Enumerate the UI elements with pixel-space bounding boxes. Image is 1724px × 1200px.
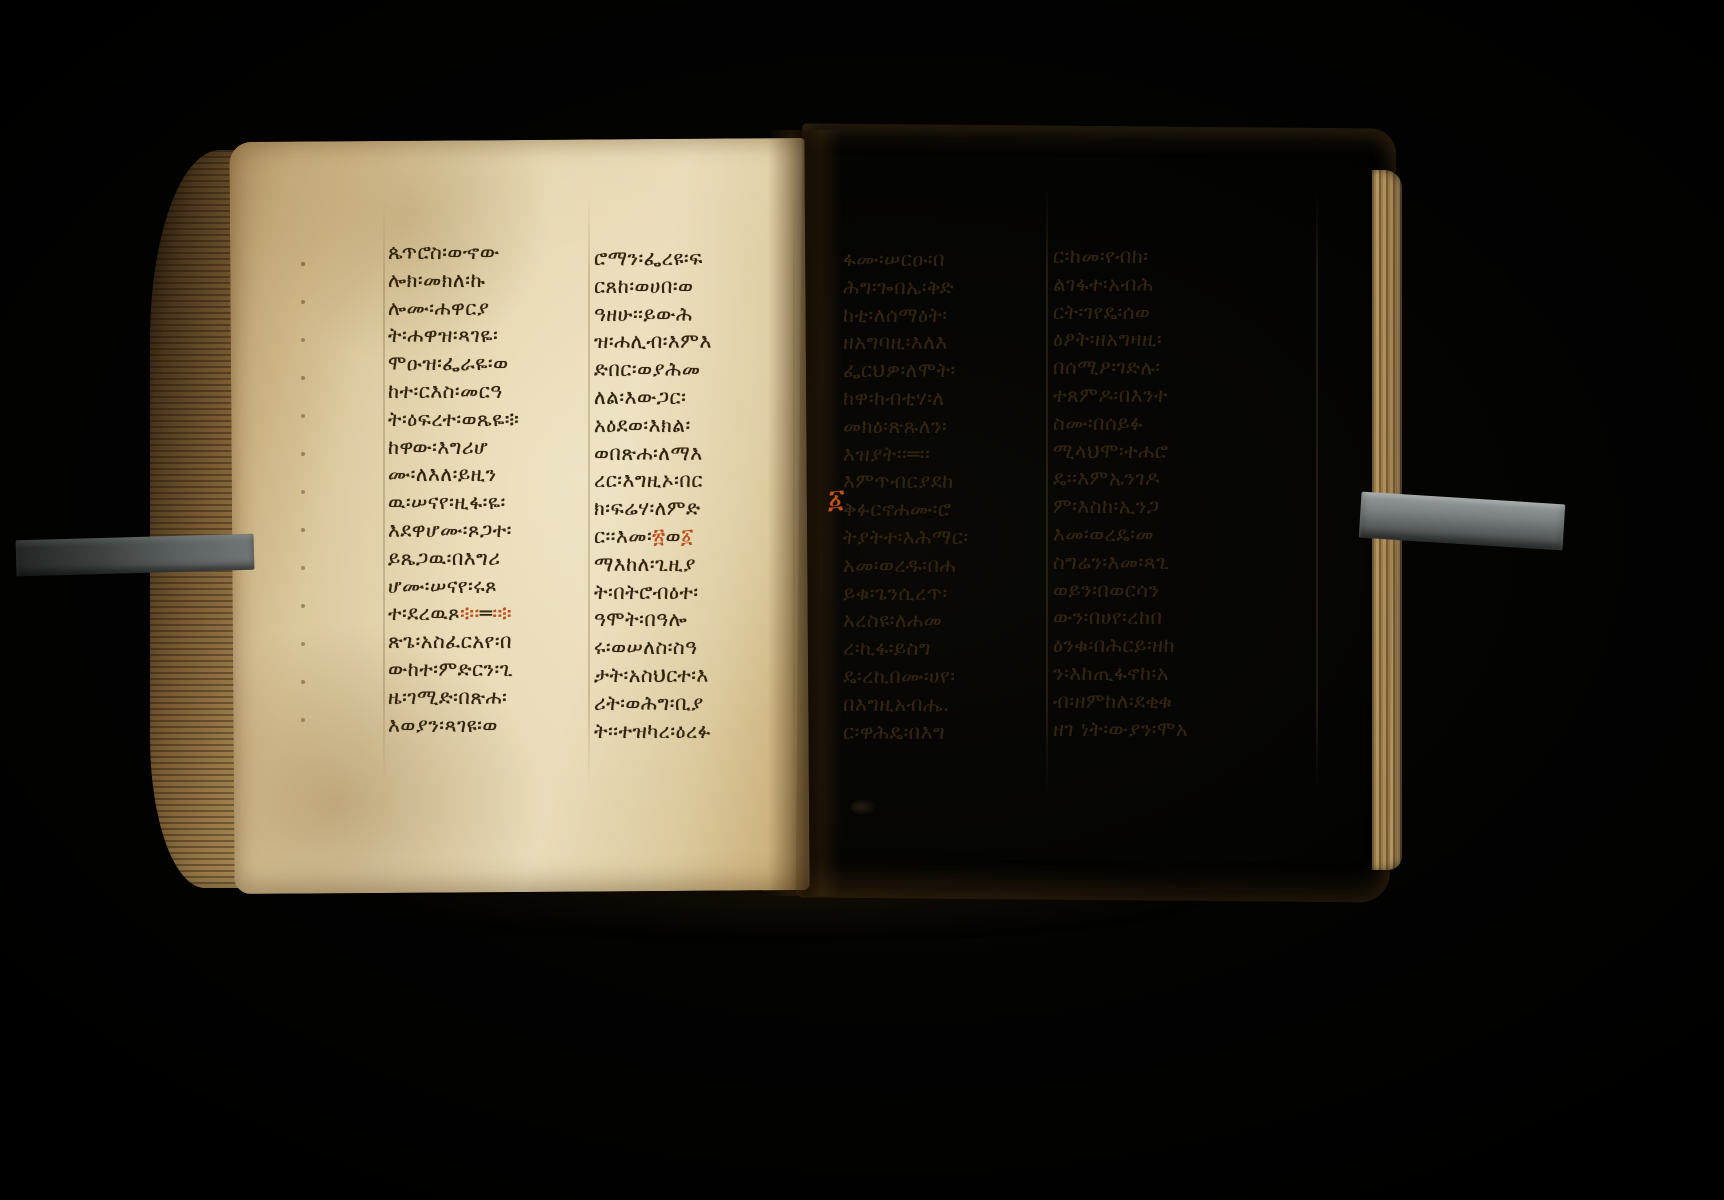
ink-text: ዓሞት፡በዓሎ [594, 607, 687, 631]
ink-text: ወበጽሐ፡ለማእ [594, 441, 703, 465]
ink-text: ዝ፡ሐሊብ፡እምእ [594, 329, 712, 353]
text-line: እምጥብርያደከ [843, 468, 969, 496]
text-line: ብ፡ዘምከለ፡ደቂቁ [1053, 688, 1188, 716]
left-page-column-2: ሮማን፡ፌረዩ፡ፍርጸከ፡ወሀበ፡ወዓዘሁ፡፡ይውሕዝ፡ሐሊብ፡እምእድበር፡ወ… [594, 245, 712, 745]
text-line: በሰሚዖ፡ገድሉ፡ [1053, 354, 1188, 382]
ink-text: ከዋው፡እግሪሆ [388, 435, 488, 459]
ink-text: መክዕ፡ጽጹለን፡ [843, 414, 947, 438]
text-line: ታት፡አስህርተ፡እ [594, 662, 712, 690]
ink-text: ሕግ፡ጐበኤ፡ቅድ [843, 275, 954, 299]
text-line: ተጸምዶ፡በእንተ [1053, 382, 1188, 410]
text-line: ጴጥሮስ፡ወኆው [388, 239, 519, 267]
ink-text: ሙ፡ለእለ፡ይዚን [388, 462, 497, 486]
ink-text: አመ፡ወረዱ፡በሐ [843, 553, 956, 577]
text-line: ሩ፡ወሠለስ፡ስዓ [594, 634, 712, 662]
ruling-line [588, 195, 590, 785]
ink-text: ሩ፡ወሠለስ፡ስዓ [594, 635, 697, 659]
text-line: ር፡፡እመ፡፳ወ፩ [594, 523, 712, 551]
text-line: ልገፋተ፡አብሕ [1053, 271, 1188, 299]
pricking-holes [301, 262, 305, 266]
text-line: ዴ፡ረኪበሙ፡ሀየ፡ [843, 663, 969, 691]
text-line: ሕግ፡ጐበኤ፡ቅድ [843, 274, 969, 302]
text-line: ርጸከ፡ወሀበ፡ወ [594, 273, 712, 301]
ink-text: ዘአግባዚ፡እለእ [843, 330, 948, 354]
text-line: ውከተ፡ምድርን፡ጊ [388, 656, 519, 684]
text-line: ዕንቁ፡በሕርይ፡ዘከ [1053, 632, 1188, 660]
ink-text: ዉ፡ሠናየ፡ዚፋ፡ዬ፡ [388, 490, 506, 514]
ink-text: ዓዘሁ፡፡ይውሕ [594, 302, 693, 326]
ink-text: ሮማን፡ፌረዩ፡ፍ [594, 246, 703, 270]
text-line: ማእከለ፡ጊዚያ [594, 551, 712, 579]
pencil-smudge [851, 799, 877, 815]
text-line: በእግዚአብሔ. [843, 691, 969, 719]
ink-text: ድበር፡ወያሕመ [594, 357, 700, 381]
text-line: ሮማን፡ፌረዩ፡ፍ [594, 245, 712, 273]
ink-text: በሰሚዖ፡ገድሉ፡ [1053, 355, 1161, 379]
ink-text: ረር፡እግዚኦ፡በር [594, 468, 703, 492]
text-line: ም፡እስከ፡ኢንጋ [1053, 493, 1188, 521]
ink-text: ወ [666, 524, 681, 548]
ink-text: ት፡ዕፍረተ፡ወጼዬ፨ [388, 407, 519, 431]
ink-text: ጴጥሮስ፡ወኆው [388, 240, 500, 264]
text-line: ፌርህዎ፡ለሞት፡ [843, 357, 969, 385]
text-line: ት፡በትሮብዕተ፡ [594, 579, 712, 607]
ink-text: ከቲ፡ለሰማዕት፡ [843, 303, 948, 327]
text-line: ት፡ሐዋዝ፡ጻገዬ፡ [388, 322, 519, 350]
text-line: እደዋሆሙ፡ጾጋተ፡ [388, 517, 519, 545]
text-line: ሎሙ፡ሐዋርያ [388, 295, 519, 323]
ink-text: ወይን፡በወርሳን [1053, 578, 1160, 602]
text-line: ይቁ፡ጌንሲረጥ፡ [843, 580, 969, 608]
text-line: ይጼጋዉ፡በእግሪ [388, 545, 519, 573]
ink-text: ትያትተ፡እሕማር፡ [843, 525, 969, 549]
ink-text: ተጸምዶ፡በእንተ [1053, 383, 1168, 407]
rubric-text: ፳ [652, 524, 665, 548]
ink-text: እወያን፡ጻገዩ፡ወ [388, 713, 498, 737]
ink-text: ር፡፡እመ፡ [594, 524, 652, 548]
text-line: ለል፡እውጋር፡ [594, 384, 712, 412]
ink-text: ን፡እከጢፋኖከ፡አ [1053, 661, 1169, 685]
gutter-rubric-mark: ፩ [828, 484, 845, 516]
ink-text: ዕንቁ፡በሕርይ፡ዘከ [1053, 633, 1175, 657]
ink-text: ስሙ፡በሰይፉ [1053, 411, 1143, 435]
ink-text: ሎክ፡መክለ፡ኩ [388, 268, 485, 292]
text-line: ከቲ፡ለሰማዕት፡ [843, 302, 969, 330]
ink-text: ከተ፡ርእስ፡መርዓ [388, 379, 503, 403]
text-line: ዓዘሁ፡፡ይውሕ [594, 301, 712, 329]
text-line: ቅፉርኖሐሙ፡ሮ [843, 496, 969, 524]
rubric-text: ፨፡ [460, 601, 480, 625]
text-line: አመ፡ወረዱ፡በሐ [843, 552, 969, 580]
ink-text: ክ፡ፍሬሃ፡ለምድ [594, 496, 700, 520]
text-line: ሚላህሞ፡ተሐሮ [1053, 438, 1188, 466]
ink-text: አዕደወ፡እክል፡ [594, 413, 691, 437]
ink-text: እደዋሆሙ፡ጾጋተ፡ [388, 518, 512, 542]
ink-text: ብ፡ዘምከለ፡ደቂቁ [1053, 689, 1172, 713]
ink-text: ር፡ዋሕዴ፡በእግ [843, 720, 945, 744]
text-line: ር፡ከመ፡የብከ፡ [1053, 243, 1188, 271]
text-line: ርት፡ገየዴ፡ሰወ [1053, 299, 1188, 327]
ruling-line [793, 190, 795, 790]
text-line: ሙ፡ለእለ፡ይዚን [388, 461, 519, 489]
ink-text: ፋሙ፡ሠርዑ፡በ [843, 247, 945, 271]
text-line: ከተ፡ርእስ፡መርዓ [388, 378, 519, 406]
text-line: ዘአግባዚ፡እለእ [843, 329, 969, 357]
ink-text: ይቁ፡ጌንሲረጥ፡ [843, 581, 948, 605]
ink-text: ሎሙ፡ሐዋርያ [388, 296, 489, 320]
ruling-line [383, 200, 385, 780]
ink-text: ታት፡አስህርተ፡እ [594, 663, 709, 687]
text-line: ውን፡በሀየ፡ረከበ [1053, 604, 1188, 632]
ink-text: ቅፉርኖሐሙ፡ሮ [843, 497, 952, 521]
text-line: መክዕ፡ጽጹለን፡ [843, 413, 969, 441]
ink-text: ረ፡ኪፋ፡ይስግ [843, 636, 931, 660]
text-line: ስሙ፡በሰይፉ [1053, 410, 1188, 438]
text-line: ወይን፡በወርሳን [1053, 577, 1188, 605]
ink-text: ሞዑዝ፡ፌራዬ፡ወ [388, 351, 509, 375]
ink-text: ሚላህሞ፡ተሐሮ [1053, 439, 1168, 463]
ink-text: እምጥብርያደከ [843, 469, 954, 493]
manuscript-photo: ጴጥሮስ፡ወኆውሎክ፡መክለ፡ኩሎሙ፡ሐዋርያት፡ሐዋዝ፡ጻገዬ፡ሞዑዝ፡ፌራዬ… [0, 0, 1724, 1200]
text-line: እመ፡ወረዴ፡መ [1053, 521, 1188, 549]
ink-text: ስግሬን፡እመ፡ጻጊ [1053, 550, 1169, 574]
text-line: ሆሙ፡ሠናየ፡ሩጾ [388, 573, 519, 601]
ink-text: ፌርህዎ፡ለሞት፡ [843, 358, 956, 382]
ink-text: ት፡በትሮብዕተ፡ [594, 580, 699, 604]
text-line: ሪት፡ወሕግ፡ቢያ [594, 690, 712, 718]
rubric-text: ፩ [681, 524, 694, 548]
ink-text: ት፡ሐዋዝ፡ጻገዬ፡ [388, 323, 498, 347]
ink-text: ማእከለ፡ጊዚያ [594, 552, 696, 576]
rubric-text: ፡፨ [492, 601, 512, 625]
text-line: ዝ፡ሐሊብ፡እምእ [594, 328, 712, 356]
text-line: ጽጌ፡አስፈርአየ፡በ [388, 628, 519, 656]
ink-text: ም፡እስከ፡ኢንጋ [1053, 494, 1160, 518]
ink-text: ርጸከ፡ወሀበ፡ወ [594, 274, 693, 298]
text-line: ስግሬን፡እመ፡ጻጊ [1053, 549, 1188, 577]
ink-text: ከዋ፡ከብቲሃ፡ለ [843, 386, 945, 410]
text-line: ረር፡እግዚኦ፡በር [594, 467, 712, 495]
ink-text: ዘገ ነት፡ውያን፡ሞአ [1053, 717, 1188, 741]
text-line: ት፡፡ተዝካረ፡ዕረፉ [594, 718, 712, 746]
text-line: አዕደወ፡እክል፡ [594, 412, 712, 440]
left-page-column-1: ጴጥሮስ፡ወኆውሎክ፡መክለ፡ኩሎሙ፡ሐዋርያት፡ሐዋዝ፡ጻገዬ፡ሞዑዝ፡ፌራዬ… [388, 239, 519, 739]
text-line: ከዋ፡ከብቲሃ፡ለ [843, 385, 969, 413]
ink-text: ልገፋተ፡አብሕ [1053, 272, 1154, 296]
text-line: ሎክ፡መክለ፡ኩ [388, 267, 519, 295]
ink-text: ር፡ከመ፡የብከ፡ [1053, 244, 1149, 268]
text-line: ን፡እከጢፋኖከ፡አ [1053, 660, 1188, 688]
ink-text: በእግዚአብሔ. [843, 692, 950, 716]
text-line: እዝያት፡፡═፡፡ [843, 441, 969, 469]
ink-text: ውን፡በሀየ፡ረከበ [1053, 605, 1163, 629]
ruling-line [1316, 190, 1318, 790]
text-line: እወያን፡ጻገዩ፡ወ [388, 712, 519, 740]
text-line: ዴ፡፡እምኤንገዶ [1053, 465, 1188, 493]
left-page [229, 138, 809, 894]
text-line: ረ፡ኪፋ፡ይስግ [843, 635, 969, 663]
ink-text: ት፡፡ተዝካረ፡ዕረፉ [594, 719, 711, 743]
text-line: ር፡ዋሕዴ፡በእግ [843, 719, 969, 747]
ink-text: ጽጌ፡አስፈርአየ፡በ [388, 629, 512, 653]
text-line: ተ፡ደረዉጾ፨፡═፡፨ [388, 600, 519, 628]
text-line: ዜ፡ገሚድ፡በጽሐ፡ [388, 684, 519, 712]
text-line: ሞዑዝ፡ፌራዬ፡ወ [388, 350, 519, 378]
ink-text: ለል፡እውጋር፡ [594, 385, 686, 409]
ink-text: ርት፡ገየዴ፡ሰወ [1053, 300, 1150, 324]
ink-text: ይጼጋዉ፡በእግሪ [388, 546, 500, 570]
text-line: ዘገ ነት፡ውያን፡ሞአ [1053, 716, 1188, 744]
right-page-column-1: ፋሙ፡ሠርዑ፡በሕግ፡ጐበኤ፡ቅድከቲ፡ለሰማዕት፡ዘአግባዚ፡እለእፌርህዎ፡… [843, 246, 969, 746]
text-line: ት፡ዕፍረተ፡ወጼዬ፨ [388, 406, 519, 434]
ruling-line [1046, 185, 1048, 795]
ink-text: ዴ፡ረኪበሙ፡ሀየ፡ [843, 664, 956, 688]
ink-text: ሪት፡ወሕግ፡ቢያ [594, 691, 704, 715]
text-line: ዓሞት፡በዓሎ [594, 606, 712, 634]
ink-text: እዝያት፡፡═፡፡ [843, 442, 930, 466]
ink-text: ዕፆት፡ዘአግዛዚ፡ [1053, 327, 1162, 351]
text-line: አረስዩ፡ለሐመ [843, 607, 969, 635]
text-line: ዕፆት፡ዘአግዛዚ፡ [1053, 326, 1188, 354]
ink-text: ሆሙ፡ሠናየ፡ሩጾ [388, 574, 497, 598]
bookmark-ribbon-left [16, 534, 255, 577]
text-line: ፋሙ፡ሠርዑ፡በ [843, 246, 969, 274]
ink-text: ═ [480, 601, 493, 625]
text-line: ድበር፡ወያሕመ [594, 356, 712, 384]
text-line: ትያትተ፡እሕማር፡ [843, 524, 969, 552]
text-line: ወበጽሐ፡ለማእ [594, 440, 712, 468]
ink-text: ዜ፡ገሚድ፡በጽሐ፡ [388, 685, 507, 709]
text-line: ከዋው፡እግሪሆ [388, 434, 519, 462]
ink-text: እመ፡ወረዴ፡መ [1053, 522, 1154, 546]
right-page-column-2: ር፡ከመ፡የብከ፡ልገፋተ፡አብሕርት፡ገየዴ፡ሰወዕፆት፡ዘአግዛዚ፡በሰሚዖ… [1053, 243, 1188, 743]
text-line: ዉ፡ሠናየ፡ዚፋ፡ዬ፡ [388, 489, 519, 517]
ink-text: ዴ፡፡እምኤንገዶ [1053, 466, 1160, 490]
ink-text: አረስዩ፡ለሐመ [843, 608, 942, 632]
ink-text: ተ፡ደረዉጾ [388, 601, 460, 625]
ink-text: ውከተ፡ምድርን፡ጊ [388, 657, 513, 681]
text-line: ክ፡ፍሬሃ፡ለምድ [594, 495, 712, 523]
